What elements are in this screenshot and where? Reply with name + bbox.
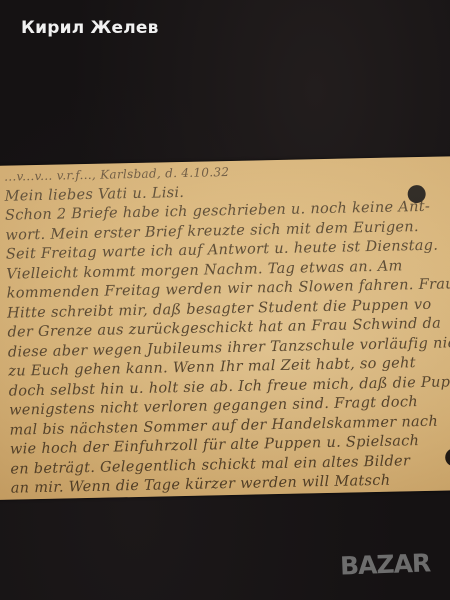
handwritten-text: ...v...v... v.r.f..., Karlsbad, d. 4.10.… — [4, 158, 450, 500]
handwritten-postcard: ...v...v... v.r.f..., Karlsbad, d. 4.10.… — [0, 156, 450, 500]
seller-name: Кирил Желев — [21, 18, 159, 38]
bazar-watermark-logo: BAZAR — [340, 548, 431, 580]
